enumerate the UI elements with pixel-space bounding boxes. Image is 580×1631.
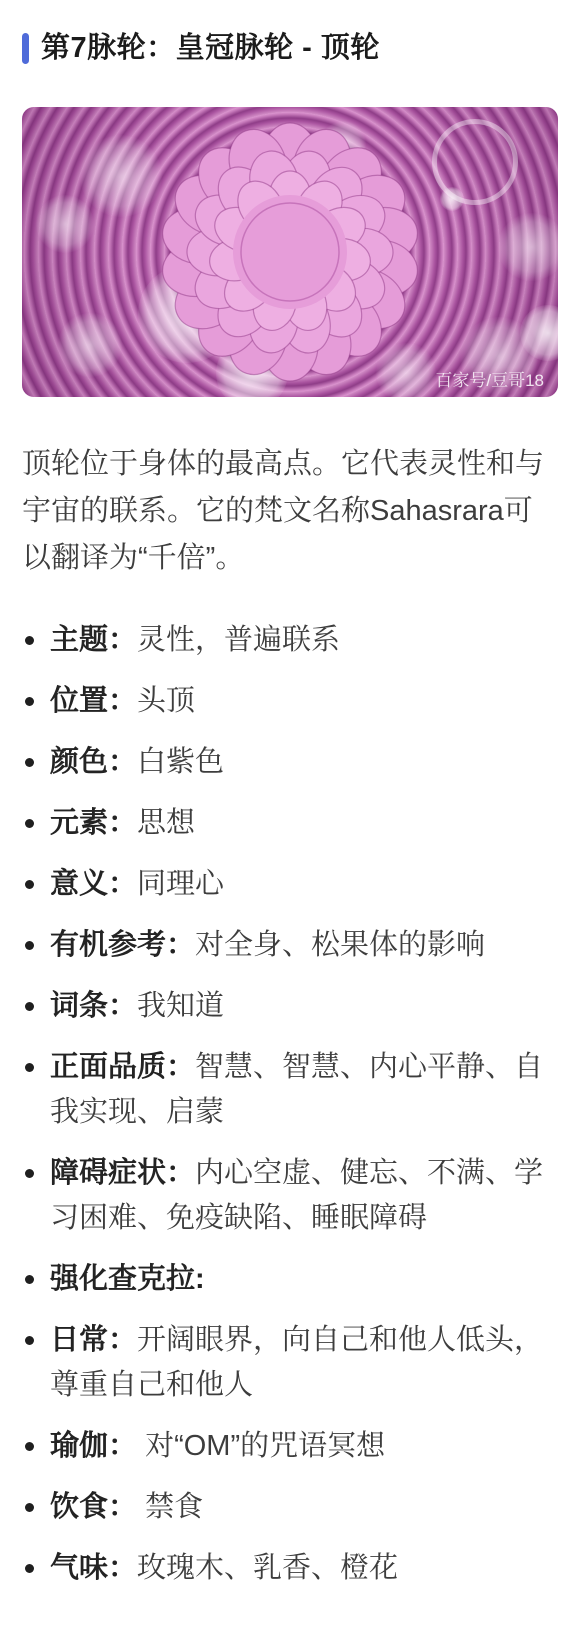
chakra-hero-image[interactable]: 百家号/豆哥18	[22, 107, 558, 397]
attribute-label: 元素：	[50, 807, 137, 839]
attribute-label: 颜色：	[50, 746, 137, 778]
list-item: 气味：玫瑰木、乳香、橙花	[22, 1546, 550, 1591]
bokeh-light-icon	[58, 313, 122, 377]
bullet-icon	[25, 1503, 34, 1512]
list-item: 主题：灵性，普遍联系	[22, 618, 550, 663]
list-item: 强化查克拉:	[22, 1257, 550, 1302]
attribute-label: 正面品质：	[50, 1051, 195, 1083]
list-item: 正面品质：智慧、智慧、内心平静、自我实现、启蒙	[22, 1045, 550, 1135]
attribute-label: 位置：	[50, 685, 137, 717]
bullet-icon	[25, 1275, 34, 1284]
attribute-value: 我知道	[137, 990, 224, 1022]
attribute-value: 对“OM”的咒语冥想	[137, 1430, 385, 1462]
attribute-label: 强化查克拉:	[50, 1263, 205, 1295]
attribute-list: 主题：灵性，普遍联系 位置：头顶 颜色：白紫色 元素：思想 意义：同理心 有机参…	[22, 618, 558, 1591]
attribute-value: 禁食	[137, 1491, 203, 1523]
attribute-label: 主题：	[50, 624, 137, 656]
list-item: 有机参考：对全身、松果体的影响	[22, 923, 550, 968]
list-item: 词条：我知道	[22, 984, 550, 1029]
attribute-value: 白紫色	[137, 746, 224, 778]
attribute-value: 灵性，普遍联系	[137, 624, 340, 656]
page-title: 第7脉轮：皇冠脉轮 - 顶轮	[41, 30, 380, 66]
bullet-icon	[25, 697, 34, 706]
list-item: 日常：开阔眼界，向自己和他人低头，尊重自己和他人	[22, 1318, 550, 1408]
attribute-label: 障碍症状：	[50, 1157, 195, 1189]
attribute-label: 词条：	[50, 990, 137, 1022]
bullet-icon	[25, 1063, 34, 1072]
list-item: 颜色：白紫色	[22, 740, 550, 785]
bullet-icon	[25, 819, 34, 828]
intro-paragraph: 顶轮位于身体的最高点。它代表灵性和与宇宙的联系。它的梵文名称Sahasrara可…	[22, 441, 558, 582]
bullet-icon	[25, 941, 34, 950]
attribute-value: 同理心	[137, 868, 224, 900]
bokeh-light-icon	[498, 213, 558, 281]
bokeh-light-icon	[440, 187, 464, 211]
attribute-label: 意义：	[50, 868, 137, 900]
image-watermark: 百家号/豆哥18	[435, 366, 544, 391]
attribute-value: 思想	[137, 807, 195, 839]
list-item: 意义：同理心	[22, 862, 550, 907]
bullet-icon	[25, 1564, 34, 1573]
title-accent-bar	[22, 33, 29, 64]
bullet-icon	[25, 880, 34, 889]
list-item: 障碍症状：内心空虚、健忘、不满、学习困难、免疫缺陷、睡眠障碍	[22, 1151, 550, 1241]
bullet-icon	[25, 1002, 34, 1011]
bullet-icon	[25, 758, 34, 767]
lotus-flower-icon	[140, 107, 440, 397]
article-page: 第7脉轮：皇冠脉轮 - 顶轮 百家号/豆哥18 顶轮位于身体的最高点。它代表灵性…	[0, 0, 580, 1631]
attribute-label: 有机参考：	[50, 929, 195, 961]
attribute-label: 气味：	[50, 1552, 137, 1584]
list-item: 元素：思想	[22, 801, 550, 846]
attribute-value: 对全身、松果体的影响	[195, 929, 485, 961]
list-item: 瑜伽： 对“OM”的咒语冥想	[22, 1424, 550, 1469]
attribute-label: 日常：	[50, 1324, 137, 1356]
attribute-label: 饮食：	[50, 1491, 137, 1523]
bokeh-light-icon	[36, 195, 94, 253]
bullet-icon	[25, 1442, 34, 1451]
attribute-value: 头顶	[137, 685, 195, 717]
attribute-label: 瑜伽：	[50, 1430, 137, 1462]
list-item: 饮食： 禁食	[22, 1485, 550, 1530]
bullet-icon	[25, 1169, 34, 1178]
list-item: 位置：头顶	[22, 679, 550, 724]
bullet-icon	[25, 636, 34, 645]
bullet-icon	[25, 1336, 34, 1345]
attribute-value: 玫瑰木、乳香、橙花	[137, 1552, 398, 1584]
section-header: 第7脉轮：皇冠脉轮 - 顶轮	[22, 30, 558, 66]
